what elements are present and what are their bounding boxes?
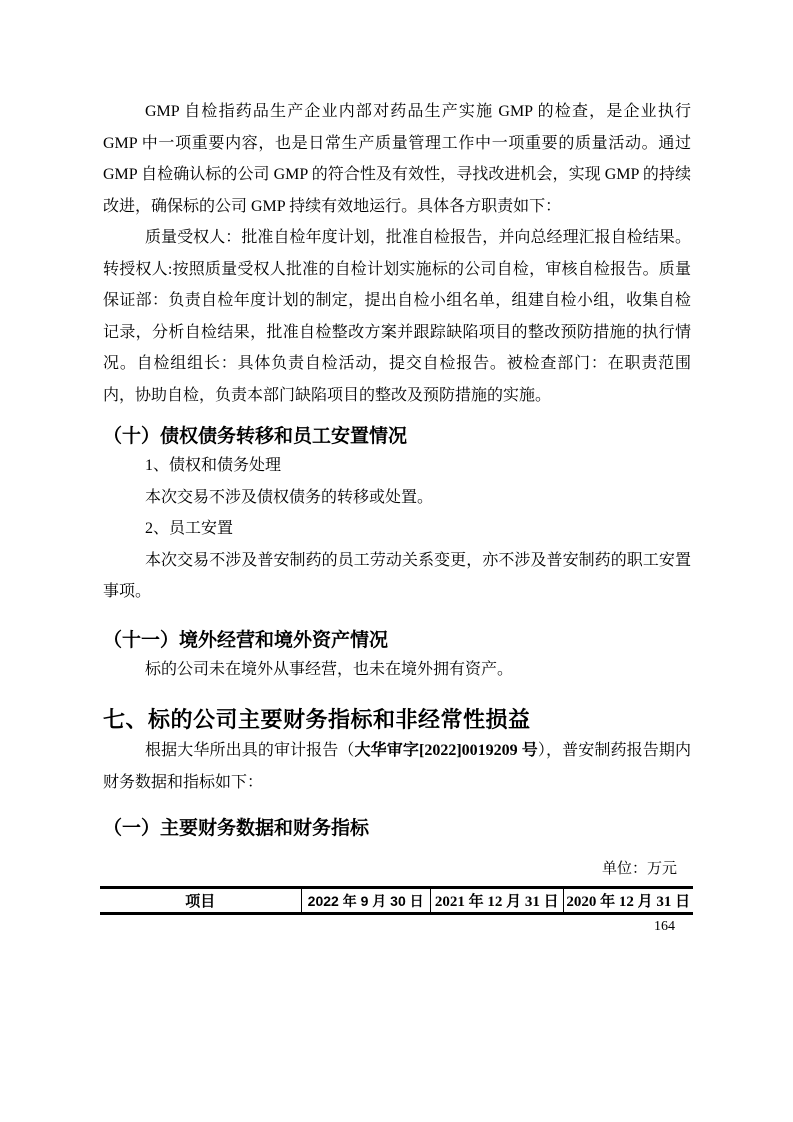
paragraph-audit-report: 根据大华所出具的审计报告（大华审字[2022]0019209 号），普安制药报告… [103,735,691,798]
heading-section-10: （十）债权债务转移和员工安置情况 [103,424,691,450]
audit-text-prefix: 根据大华所出具的审计报告（ [145,742,355,759]
heading-section-7: 七、标的公司主要财务指标和非经常性损益 [103,705,691,735]
table-col-2021-12-31: 2021 年 12 月 31 日 [430,888,563,914]
paragraph-debt: 本次交易不涉及债权债务的转移或处置。 [103,482,691,514]
page-number: 164 [103,918,691,936]
subheading-debt-handling: 1、债权和债务处理 [103,450,691,482]
document-page: GMP 自检指药品生产企业内部对药品生产实施 GMP 的检查，是企业执行 GMP… [0,0,793,1122]
audit-report-number: 大华审字[2022]0019209 号 [355,742,538,759]
paragraph-employee: 本次交易不涉及普安制药的员工劳动关系变更，亦不涉及普安制药的职工安置事项。 [103,545,691,608]
table-col-item: 项目 [100,888,301,914]
financial-table: 项目 2022 年 9 月 30 日 2021 年 12 月 31 日 2020… [100,886,693,915]
heading-section-7-1: （一）主要财务数据和财务指标 [103,816,691,842]
subheading-employee-placement: 2、员工安置 [103,513,691,545]
financial-table-header-row: 项目 2022 年 9 月 30 日 2021 年 12 月 31 日 2020… [100,888,693,914]
unit-label: 单位：万元 [103,859,691,879]
table-col-2022-09-30: 2022 年 9 月 30 日 [301,888,430,914]
table-col-2020-12-31: 2020 年 12 月 31 日 [563,888,693,914]
heading-section-11: （十一）境外经营和境外资产情况 [103,628,691,654]
paragraph-overseas: 标的公司未在境外从事经营，也未在境外拥有资产。 [103,654,691,686]
paragraph-duties: 质量受权人：批准自检年度计划，批准自检报告，并向总经理汇报自检结果。转授权人:按… [103,222,691,411]
page-content: GMP 自检指药品生产企业内部对药品生产实施 GMP 的检查，是企业执行 GMP… [103,96,691,936]
paragraph-gmp-self-inspection: GMP 自检指药品生产企业内部对药品生产实施 GMP 的检查，是企业执行 GMP… [103,96,691,222]
